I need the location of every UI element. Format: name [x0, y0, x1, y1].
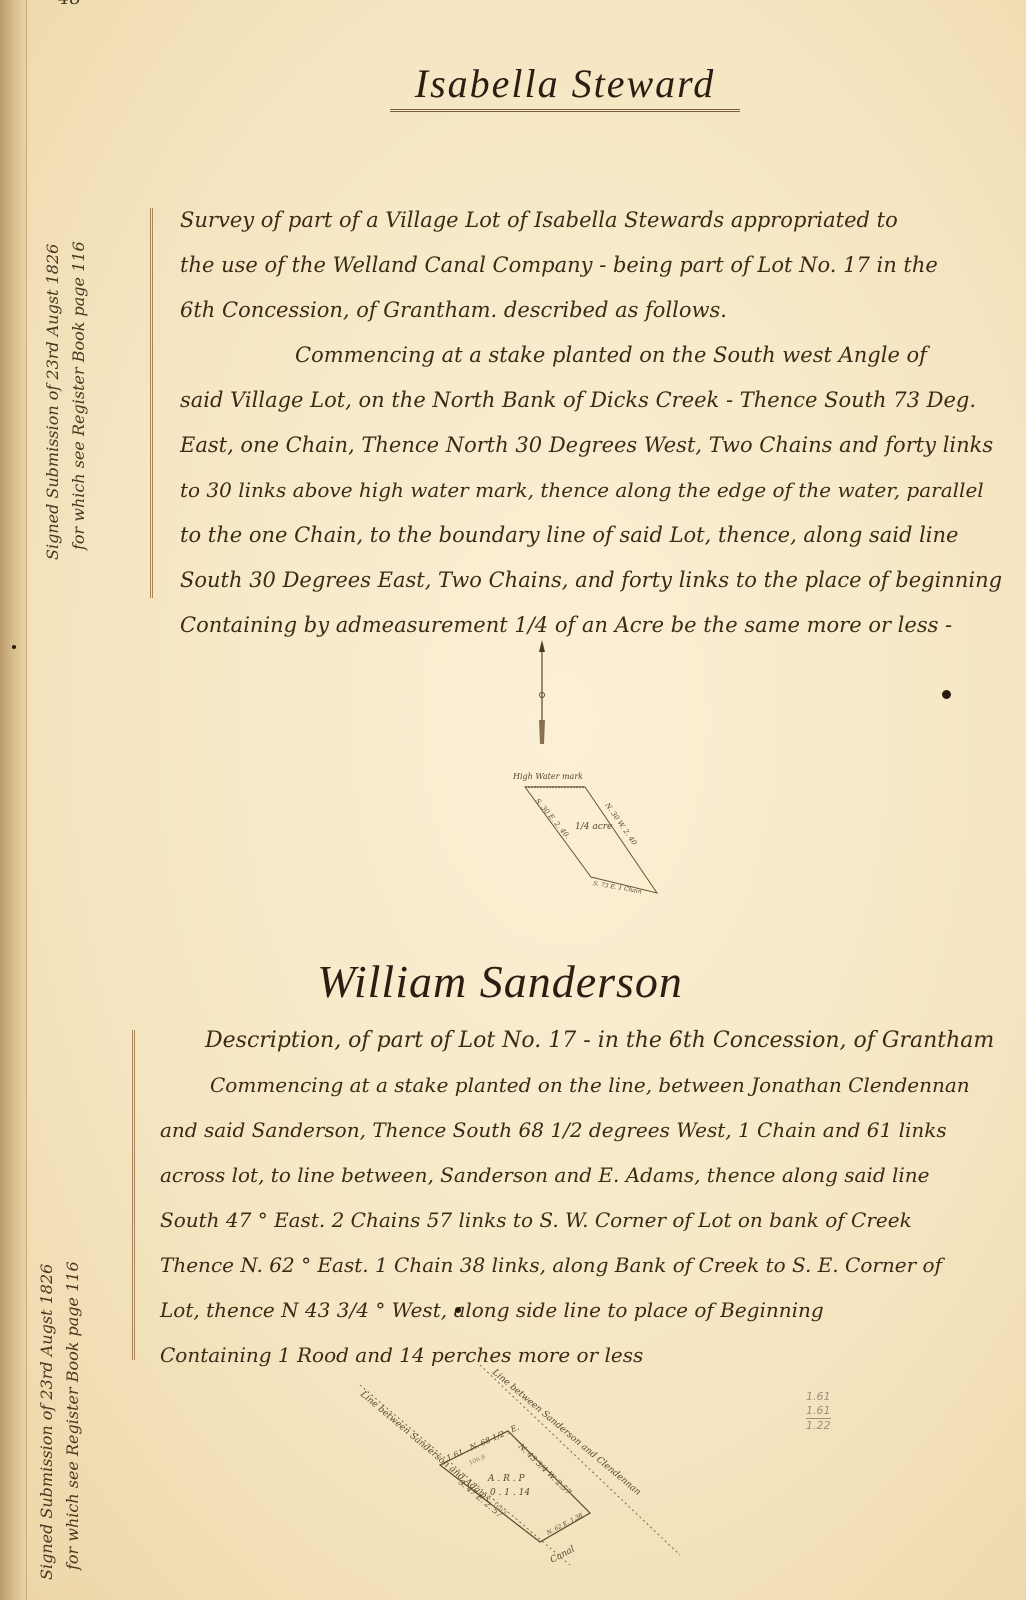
pencil-line: 1.61 [806, 1404, 831, 1419]
diagram2-label-bottom: N. 62 E. 1.38 [545, 1512, 584, 1537]
text-line: 6th Concession, of Grantham. described a… [180, 288, 1000, 333]
text-line: the use of the Welland Canal Company - b… [180, 243, 1000, 288]
margin-note-2: Signed Submission of 23rd Augst 1826 for… [34, 1261, 86, 1580]
ledger-page: 48 Signed Submission of 23rd Augst 1826 … [0, 0, 1026, 1600]
text-line: Commencing at a stake planted on the Sou… [180, 333, 1000, 378]
entry-heading-william-sanderson: William Sanderson [310, 955, 690, 1008]
text-line: Containing by admeasurement 1/4 of an Ac… [180, 603, 1000, 648]
text-line: Commencing at a stake planted on the lin… [160, 1063, 990, 1108]
margin-note-line: for which see Register Book page 116 [66, 241, 92, 560]
text-line: to the one Chain, to the boundary line o… [180, 513, 1000, 558]
margin-note-1: Signed Submission of 23rd Augst 1826 for… [40, 241, 92, 560]
text-line: South 30 Degrees East, Two Chains, and f… [180, 558, 1000, 603]
text-line: to 30 links above high water mark, thenc… [180, 468, 1000, 513]
diagram2-canal: Canal [549, 1544, 577, 1565]
text-line: South 47 ° East. 2 Chains 57 links to S.… [160, 1198, 990, 1243]
text-line: and said Sanderson, Thence South 68 1/2 … [160, 1108, 990, 1153]
pencil-calculation: 1.61 1.61 1.22 [806, 1390, 831, 1433]
survey-diagram-william-sanderson: 1.61 . N. 68 1/2 . E. 106.8 A . R . P 0 … [340, 1365, 700, 1565]
text-line: across lot, to line between, Sanderson a… [160, 1153, 990, 1198]
text-line: Survey of part of a Village Lot of Isabe… [180, 198, 1000, 243]
text-line: Thence N. 62 ° East. 1 Chain 38 links, a… [160, 1243, 990, 1288]
survey-text-william-sanderson: Description, of part of Lot No. 17 - in … [160, 1018, 990, 1378]
diagram2-label-top-small: 106.8 [468, 1453, 487, 1466]
survey-diagram-isabella-steward: High Water mark 1/4 acre S. 30 E. 2. 40.… [505, 765, 675, 895]
diagram2-area-header: A . R . P [487, 1474, 525, 1484]
margin-note-line: Signed Submission of 23rd Augst 1826 [34, 1261, 60, 1580]
text-line: Description, of part of Lot No. 17 - in … [160, 1018, 990, 1063]
ink-blot [455, 1307, 461, 1313]
pencil-line: 1.22 [806, 1419, 831, 1433]
text-line: East, one Chain, Thence North 30 Degrees… [180, 423, 1000, 468]
margin-note-line: Signed Submission of 23rd Augst 1826 [40, 241, 66, 560]
text-line: said Village Lot, on the North Bank of D… [180, 378, 1000, 423]
diagram-label-bottom: S. 73 E. 1 Chain [593, 880, 643, 895]
diagram2-area-values: 0 . 1 . 14 [490, 1488, 530, 1498]
margin-note-line: for which see Register Book page 116 [60, 1261, 86, 1580]
diagram-label-top: High Water mark [512, 772, 583, 781]
pencil-line: 1.61 [806, 1390, 831, 1404]
north-arrow-icon [530, 640, 554, 750]
survey-text-isabella-steward: Survey of part of a Village Lot of Isabe… [180, 198, 1000, 648]
ink-blot [12, 645, 16, 649]
page-binding [0, 0, 27, 1600]
entry-bracket [132, 1030, 135, 1360]
diagram-label-area: 1/4 acre [575, 822, 612, 832]
diagram-label-left: S. 30 E. 2. 40. [533, 797, 571, 840]
page-number: 48 [58, 0, 81, 9]
ink-blot [942, 690, 951, 699]
entry-heading-isabella-steward: Isabella Steward [390, 60, 740, 112]
text-line: Lot, thence N 43 3/4 ° West, along side … [160, 1288, 990, 1333]
entry-bracket [150, 208, 153, 598]
